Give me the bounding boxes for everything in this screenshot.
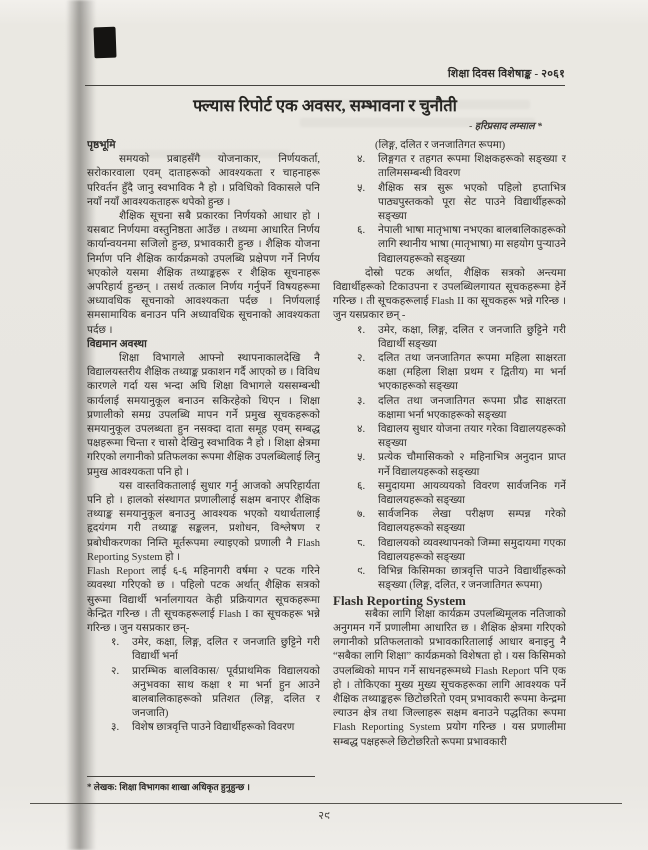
list-item-text: नेपाली भाषा मातृभाषा नभएका बालबालिकाहरूक… [378, 224, 566, 267]
list-item-text: प्रत्येक चौमासिकको २ महिनाभित्र अनुदान प… [378, 451, 566, 479]
list-item-text: उमेर, कक्षा, लिङ्ग, दलित र जनजाति छुट्टि… [132, 636, 320, 664]
list-item-number: १. [111, 636, 132, 664]
flash-two-indicator-list: १. उमेर, कक्षा, लिङ्ग, दलित र जनजाति छुट… [333, 324, 566, 594]
journal-issue-title: शिक्षा दिवस विशेषाङ्क - २०६१ [448, 68, 565, 80]
list-item-text: विद्यालय सुधार योजना तयार गरेका विद्यालय… [378, 423, 566, 451]
list-item-number: ५. [357, 451, 378, 479]
list-item: १. उमेर, कक्षा, लिङ्ग, दलित र जनजाति छुट… [357, 324, 566, 352]
list-item-number: २. [357, 352, 378, 395]
flash-one-indicator-list: १. उमेर, कक्षा, लिङ्ग, दलित र जनजाति छुट… [87, 636, 320, 735]
list-continuation-text: (लिङ्ग, दलित र जनजातिगत रूपमा) [333, 139, 566, 153]
footer-rule [30, 803, 622, 804]
list-item: २. प्रारम्भिक बालविकास/ पूर्वप्राथमिक वि… [111, 665, 320, 722]
list-item: ५. प्रत्येक चौमासिकको २ महिनाभित्र अनुदा… [357, 451, 566, 479]
list-item-text: विशेष छात्रवृत्ति पाउने विद्यार्थीहरूको … [132, 721, 320, 735]
paragraph: शैक्षिक सूचना सबै प्रकारका निर्णयको आधार… [87, 210, 320, 338]
paragraph: दोस्रो पटक अर्थात, शैक्षिक सत्रको अन्त्य… [333, 267, 566, 324]
flash-one-indicator-list-continued: ४. लिङ्गगत र तहगत रूपमा शिक्षकहरूको सङ्ख… [333, 153, 566, 267]
list-item: ६. नेपाली भाषा मातृभाषा नभएका बालबालिकाह… [357, 224, 566, 267]
scan-ink-mark [93, 27, 116, 59]
page-number: २९ [0, 808, 648, 823]
left-column: पृष्ठभूमि समयको प्रबाहसँगै योजनाकार, निर… [87, 139, 320, 799]
list-item: ४. विद्यालय सुधार योजना तयार गरेका विद्य… [357, 423, 566, 451]
list-item-text: प्रारम्भिक बालविकास/ पूर्वप्राथमिक विद्य… [132, 665, 320, 722]
paragraph: शिक्षा विभागले आफ्नो स्थापनाकालदेखि नै व… [87, 352, 320, 480]
list-item-number: ७. [357, 508, 378, 536]
section-heading-background: पृष्ठभूमि [87, 139, 320, 153]
list-item-text: समुदायमा आयव्ययको विवरण सार्वजनिक गर्ने … [378, 480, 566, 508]
article-title: फ्ल्यास रिपोर्ट एक अवसर, सम्भावना र चुनौ… [85, 93, 565, 116]
list-item-number: ८. [357, 537, 378, 565]
author-footnote: * लेखक: शिक्षा विभागका शाखा अधिकृत हुनुह… [87, 776, 315, 793]
list-item-number: ९. [357, 565, 378, 593]
section-heading-current-status: विद्यमान अवस्था [87, 338, 320, 352]
list-item: ४. लिङ्गगत र तहगत रूपमा शिक्षकहरूको सङ्ख… [357, 153, 566, 181]
list-item-number: ३. [357, 395, 378, 423]
list-item: १. उमेर, कक्षा, लिङ्ग, दलित र जनजाति छुट… [111, 636, 320, 664]
article-body: पृष्ठभूमि समयको प्रबाहसँगै योजनाकार, निर… [87, 139, 566, 799]
list-item: ६. समुदायमा आयव्ययको विवरण सार्वजनिक गर्… [357, 480, 566, 508]
paragraph: Flash Report लाई ६-६ महिनागरी वर्षमा २ प… [87, 565, 320, 636]
journal-header: शिक्षा दिवस विशेषाङ्क - २०६१ [85, 66, 565, 86]
list-item-number: २. [111, 665, 132, 722]
list-item: ५. शैक्षिक सत्र सुरू भएको पहिलो हप्ताभित… [357, 182, 566, 225]
list-item: ९. विभिन्न किसिमका छात्रवृत्ति पाउने विद… [357, 565, 566, 593]
list-item: ७. सार्वजनिक लेखा परीक्षण सम्पन्न गरेको … [357, 508, 566, 536]
list-item-text: लिङ्गगत र तहगत रूपमा शिक्षकहरूको सङ्ख्या… [378, 153, 566, 181]
list-item-number: ५. [357, 182, 378, 225]
right-column: (लिङ्ग, दलित र जनजातिगत रूपमा) ४. लिङ्गग… [333, 139, 566, 799]
list-item-number: ६. [357, 224, 378, 267]
paragraph: सबैका लागि शिक्षा कार्यक्रम उपलब्धिमूलक … [333, 608, 566, 750]
list-item-number: ४. [357, 153, 378, 181]
list-item-number: ६. [357, 480, 378, 508]
list-item-text: दलित तथा जनजातिगत रूपमा महिला साक्षरता क… [378, 352, 566, 395]
list-item-text: विद्यालयको व्यवस्थापनको जिम्मा समुदायमा … [378, 537, 566, 565]
scanned-page: शिक्षा दिवस विशेषाङ्क - २०६१ फ्ल्यास रिप… [0, 0, 648, 850]
list-item-text: शैक्षिक सत्र सुरू भएको पहिलो हप्ताभित्र … [378, 182, 566, 225]
list-item-text: सार्वजनिक लेखा परीक्षण सम्पन्न गरेको विद… [378, 508, 566, 536]
list-item: २. दलित तथा जनजातिगत रूपमा महिला साक्षरत… [357, 352, 566, 395]
list-item-text: दलित तथा जनजातिगत रूपमा प्रौढ साक्षरता क… [378, 395, 566, 423]
list-item: ३. विशेष छात्रवृत्ति पाउने विद्यार्थीहरू… [111, 721, 320, 735]
section-heading-flash-reporting-system: Flash Reporting System [333, 594, 566, 608]
paragraph: यस वास्तविकतालाई सुधार गर्नु आजको अपरिहा… [87, 480, 320, 565]
list-item: ३. दलित तथा जनजातिगत रूपमा प्रौढ साक्षरत… [357, 395, 566, 423]
list-item-number: १. [357, 324, 378, 352]
list-item-text: उमेर, कक्षा, लिङ्ग, दलित र जनजाति छुट्टि… [378, 324, 566, 352]
paragraph: समयको प्रबाहसँगै योजनाकार, निर्णयकर्ता, … [87, 153, 320, 210]
list-item: ८. विद्यालयको व्यवस्थापनको जिम्मा समुदाय… [357, 537, 566, 565]
list-item-number: ४. [357, 423, 378, 451]
article-byline: - हरिप्रसाद लम्साल * [469, 119, 542, 132]
list-item-text: विभिन्न किसिमका छात्रवृत्ति पाउने विद्या… [378, 565, 566, 593]
list-item-number: ३. [111, 721, 132, 735]
